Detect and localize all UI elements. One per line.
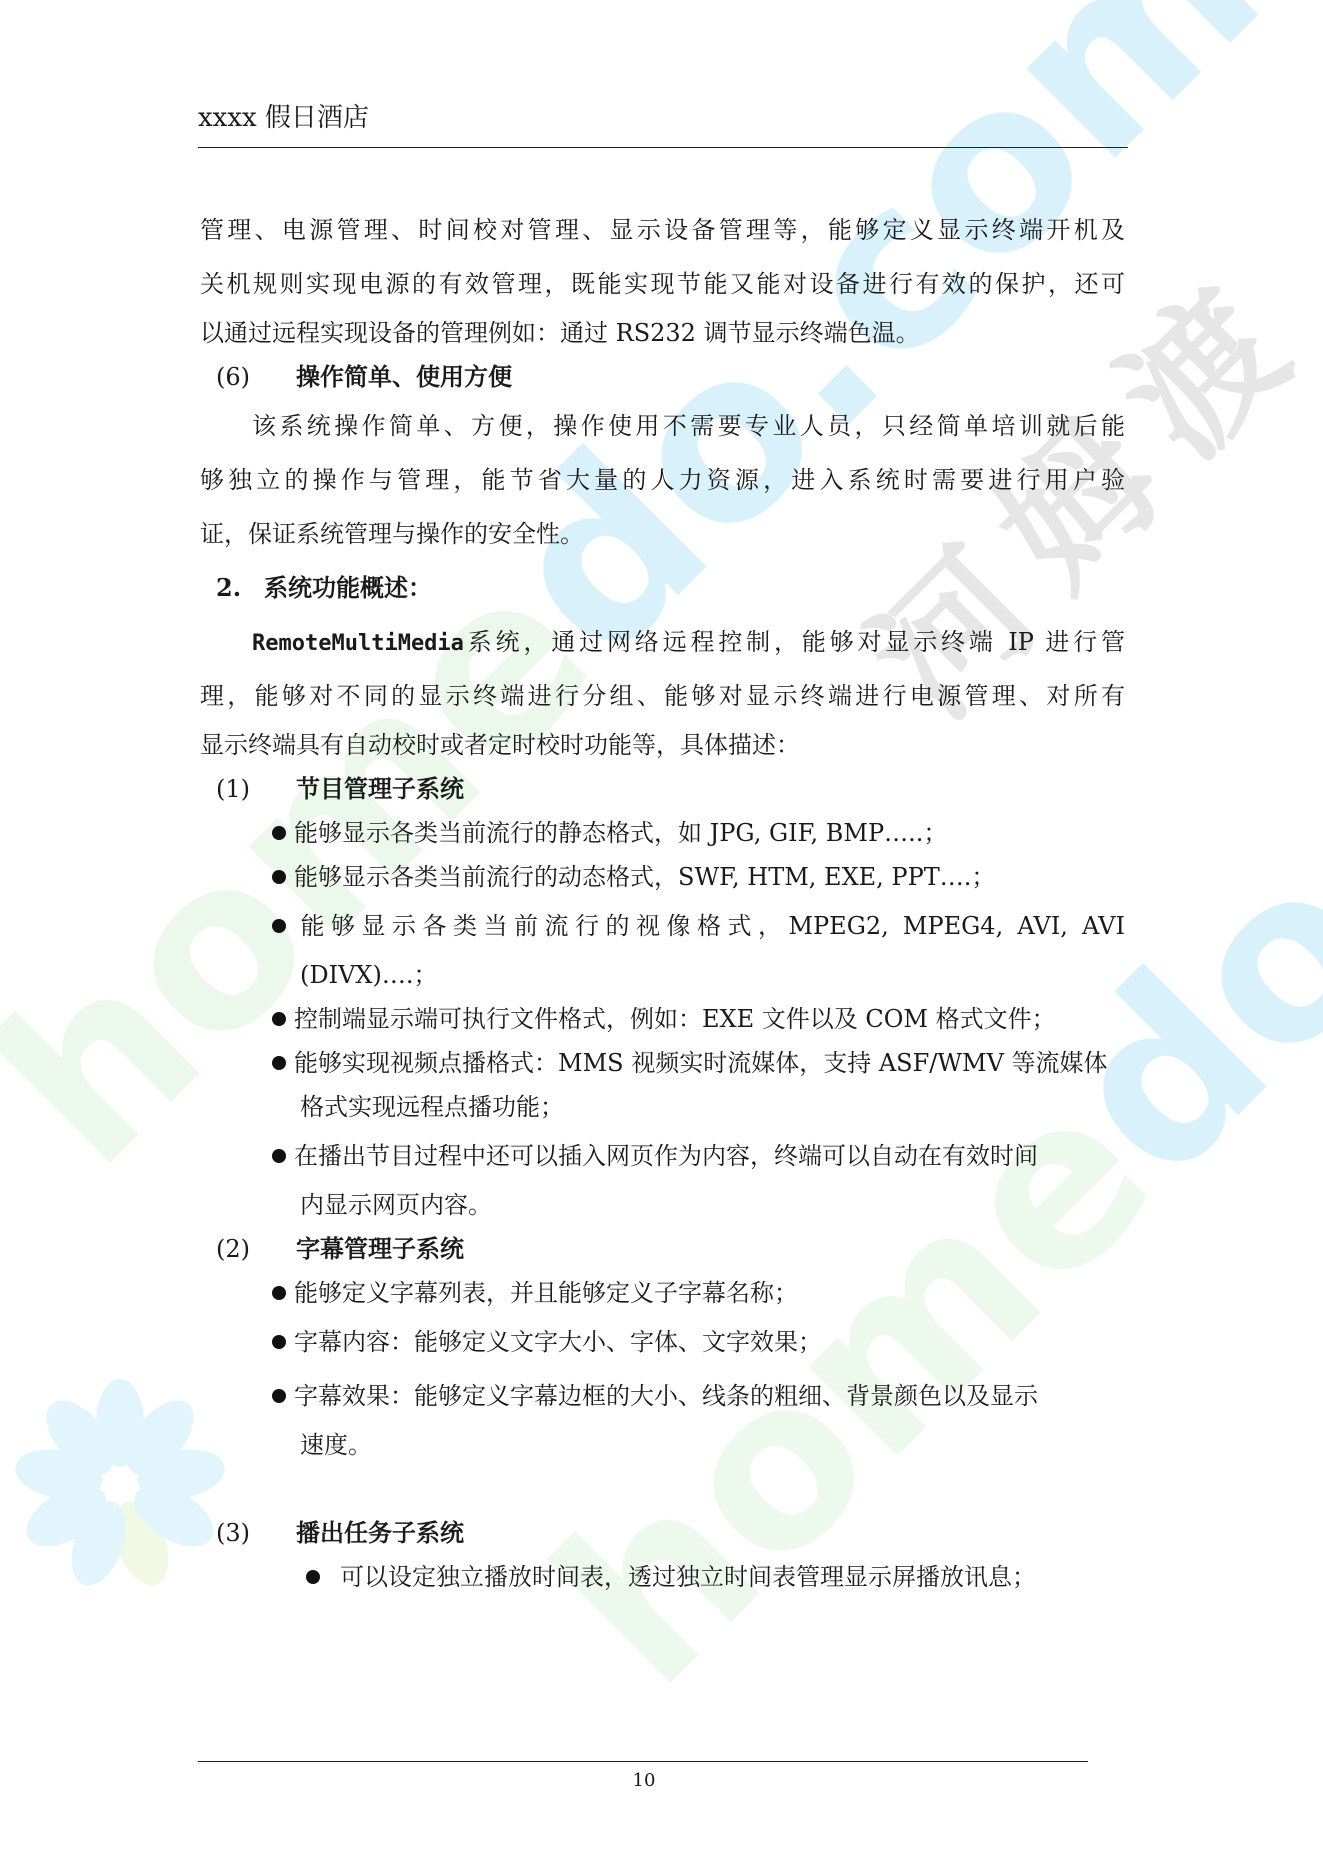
bullet-item: 能够实现视频点播格式：MMS 视频实时流媒体，支持 ASF/WMV 等流媒体: [200, 1041, 1125, 1085]
subsection-title: 字幕管理子系统: [296, 1234, 464, 1263]
bullet-icon: [272, 1056, 286, 1070]
bullet-icon: [272, 1335, 286, 1349]
bullet-text: 能够实现视频点播格式：MMS 视频实时流媒体，支持 ASF/WMV 等流媒体: [294, 1049, 1108, 1077]
subsection-heading-2: (2)字幕管理子系统: [200, 1227, 1125, 1271]
document-body: 管理、电源管理、时间校对管理、显示设备管理等，能够定义显示终端开机及 关机规则实…: [200, 203, 1125, 1599]
paragraph-line: RemoteMultiMedia系统，通过网络远程控制，能够对显示终端 IP 进…: [200, 615, 1125, 669]
section-heading-2: 2.系统功能概述：: [200, 561, 1125, 615]
bullet-continuation: 格式实现远程点播功能；: [200, 1085, 1125, 1129]
subsection-title: 节目管理子系统: [296, 774, 464, 803]
bullet-continuation: 内显示网页内容。: [200, 1183, 1125, 1227]
section-title: 系统功能概述：: [264, 573, 432, 602]
section-number: (6): [200, 355, 296, 399]
bullet-icon: [272, 1012, 286, 1026]
bullet-text: 能够显示各类当前流行的静态格式，如 JPG, GIF, BMP…..；: [294, 819, 947, 847]
product-name: RemoteMultiMedia: [252, 631, 464, 656]
paragraph-text: 系统，通过网络远程控制，能够对显示终端 IP 进行管: [464, 628, 1125, 656]
bullet-continuation: (DIVX)….；: [200, 953, 1125, 997]
bullet-icon: [272, 870, 286, 884]
subsection-title: 播出任务子系统: [296, 1518, 464, 1547]
subsection-number: (2): [200, 1227, 296, 1271]
bullet-icon: [272, 1286, 286, 1300]
subsection-heading-3: (3)播出任务子系统: [200, 1511, 1125, 1555]
header-divider: [198, 147, 1128, 148]
bullet-icon: [306, 1570, 320, 1584]
page-number: 10: [0, 1770, 1288, 1791]
paragraph-line: 显示终端具有自动校时或者定时校时功能等，具体描述：: [200, 723, 1125, 767]
bullet-item: 字幕内容：能够定义文字大小、字体、文字效果；: [200, 1315, 1125, 1369]
bullet-item: 字幕效果：能够定义字幕边框的大小、线条的粗细、背景颜色以及显示: [200, 1369, 1125, 1423]
bullet-item: 能够显示各类当前流行的动态格式，SWF, HTM, EXE, PPT….；: [200, 855, 1125, 899]
bullet-text: 能够显示各类当前流行的视像格式，MPEG2, MPEG4, AVI, AVI: [294, 912, 1125, 940]
bullet-text: 在播出节目过程中还可以插入网页作为内容，终端可以自动在有效时间: [294, 1142, 1038, 1170]
bullet-item: 能够显示各类当前流行的视像格式，MPEG2, MPEG4, AVI, AVI: [200, 899, 1125, 953]
bullet-icon: [272, 826, 286, 840]
footer-divider: [198, 1761, 1088, 1762]
watermark-char: 渡: [1099, 269, 1311, 481]
bullet-item: 能够定义字幕列表，并且能够定义子字幕名称；: [200, 1271, 1125, 1315]
bullet-item: 在播出节目过程中还可以插入网页作为内容，终端可以自动在有效时间: [200, 1129, 1125, 1183]
paragraph-line: 够独立的操作与管理，能节省大量的人力资源，进入系统时需要进行用户验: [200, 453, 1125, 507]
section-title: 操作简单、使用方便: [296, 362, 512, 391]
bullet-text: 能够定义字幕列表，并且能够定义子字幕名称；: [294, 1279, 798, 1307]
subsection-number: (3): [200, 1511, 296, 1555]
paragraph-line: 证，保证系统管理与操作的安全性。: [200, 507, 1125, 561]
paragraph-line: 理，能够对不同的显示终端进行分组、能够对显示终端进行电源管理、对所有: [200, 669, 1125, 723]
bullet-text: 可以设定独立播放时间表，透过独立时间表管理显示屏播放讯息；: [340, 1563, 1036, 1591]
paragraph-line: 管理、电源管理、时间校对管理、显示设备管理等，能够定义显示终端开机及: [200, 203, 1125, 257]
subsection-heading-1: (1)节目管理子系统: [200, 767, 1125, 811]
bullet-text: 控制端显示端可执行文件格式，例如：EXE 文件以及 COM 格式文件；: [294, 1005, 1056, 1033]
bullet-icon: [272, 1149, 286, 1163]
bullet-item: 控制端显示端可执行文件格式，例如：EXE 文件以及 COM 格式文件；: [200, 997, 1125, 1041]
section-heading-6: (6)操作简单、使用方便: [200, 355, 1125, 399]
bullet-icon: [272, 919, 286, 933]
paragraph-line: 以通过远程实现设备的管理例如：通过 RS232 调节显示终端色温。: [200, 311, 1125, 355]
section-number: 2.: [200, 561, 264, 615]
page-header-title: xxxx 假日酒店: [198, 97, 369, 134]
bullet-text: 字幕内容：能够定义文字大小、字体、文字效果；: [294, 1328, 822, 1356]
subsection-number: (1): [200, 767, 296, 811]
bullet-text: 字幕效果：能够定义字幕边框的大小、线条的粗细、背景颜色以及显示: [294, 1382, 1038, 1410]
bullet-icon: [272, 1389, 286, 1403]
paragraph-line: 关机规则实现电源的有效管理，既能实现节能又能对设备进行有效的保护，还可: [200, 257, 1125, 311]
bullet-continuation: 速度。: [200, 1423, 1125, 1467]
bullet-text: 能够显示各类当前流行的动态格式，SWF, HTM, EXE, PPT….；: [294, 863, 995, 891]
spacer: [200, 1467, 1125, 1511]
paragraph-line: 该系统操作简单、方便，操作使用不需要专业人员，只经简单培训就后能: [200, 399, 1125, 453]
bullet-item: 能够显示各类当前流行的静态格式，如 JPG, GIF, BMP…..；: [200, 811, 1125, 855]
bullet-item: 可以设定独立播放时间表，透过独立时间表管理显示屏播放讯息；: [200, 1555, 1125, 1599]
flower-logo-icon: [10, 1375, 230, 1595]
